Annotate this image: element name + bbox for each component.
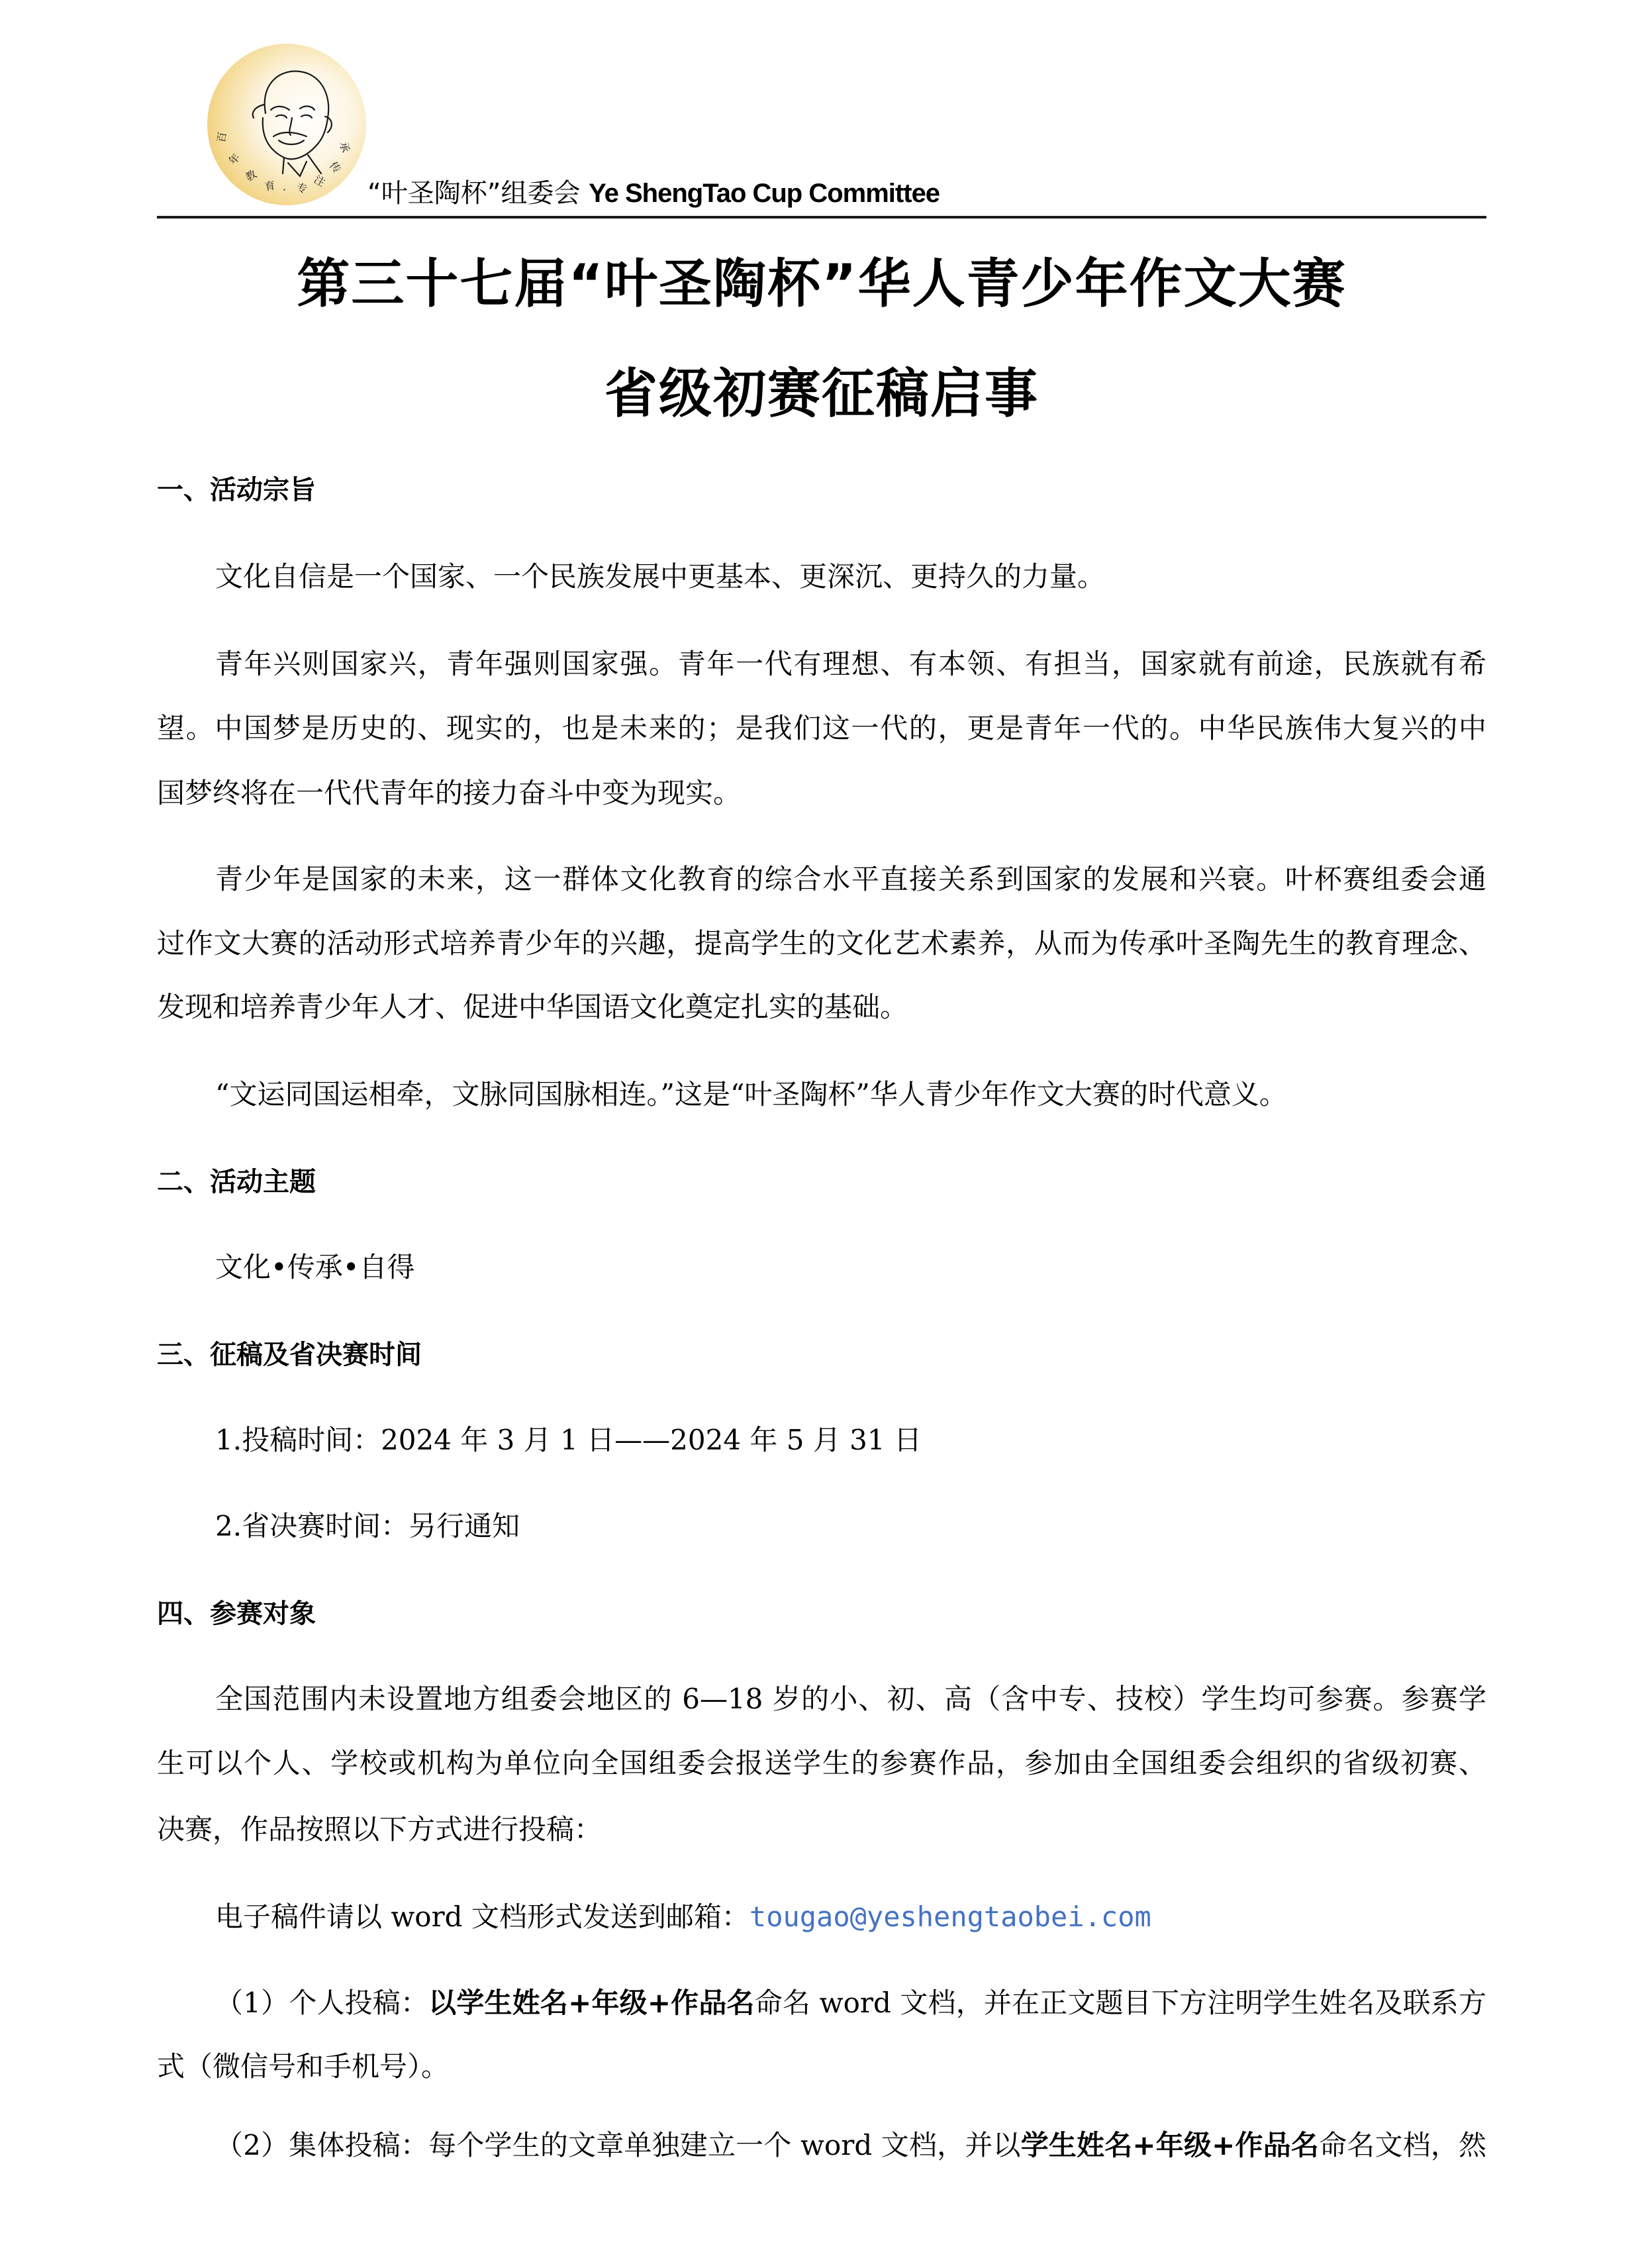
email-instruction: 电子稿件请以 word 文档形式发送到邮箱：tougao@yeshengtaob… bbox=[157, 1900, 1486, 1934]
svg-text:传: 传 bbox=[327, 159, 344, 175]
item1-prefix: （1）个人投稿： bbox=[215, 1987, 428, 2019]
svg-text:教: 教 bbox=[244, 168, 259, 183]
submission-period: 1.投稿时间：2024 年 3 月 1 日——2024 年 5 月 31 日 bbox=[157, 1423, 1486, 1457]
paragraph-line: 青少年是国家的未来，这一群体文化教育的综合水平直接关系到国家的发展和兴衰。叶杯赛… bbox=[157, 862, 1486, 897]
svg-text:注: 注 bbox=[312, 173, 327, 189]
svg-text:承: 承 bbox=[337, 140, 352, 154]
individual-submission-line: （1）个人投稿：以学生姓名+年级+作品名命名 word 文档，并在正文题目下方注… bbox=[157, 1986, 1486, 2020]
paragraph-line: “文运同国运相牵，文脉同国脉相连。”这是“叶圣陶杯”华人青少年作文大赛的时代意义… bbox=[157, 1077, 1486, 1112]
section-heading-eligibility: 四、参赛对象 bbox=[157, 1597, 316, 1630]
section-heading-theme: 二、活动主题 bbox=[157, 1165, 316, 1199]
svg-text:年: 年 bbox=[226, 151, 243, 167]
paragraph-line: 式（微信号和手机号）。 bbox=[157, 2049, 1486, 2084]
svg-text:专: 专 bbox=[295, 181, 309, 195]
svg-text:育: 育 bbox=[264, 179, 277, 193]
portrait-icon: 百 年 教 育 · 专 注 传 承 bbox=[207, 44, 366, 205]
submission-email-link[interactable]: tougao@yeshengtaobei.com bbox=[749, 1900, 1151, 1933]
committee-logo: 百 年 教 育 · 专 注 传 承 bbox=[207, 44, 366, 205]
item2-prefix: （2）集体投稿：每个学生的文章单独建立一个 word 文档，并以 bbox=[215, 2129, 1021, 2161]
svg-text:百: 百 bbox=[215, 131, 228, 144]
paragraph-line: 生可以个人、学校或机构为单位向全国组委会报送学生的参赛作品，参加由全国组委会组织… bbox=[157, 1746, 1486, 1781]
paragraph-line: 望。中国梦是历史的、现实的，也是未来的；是我们这一代的，更是青年一代的。中华民族… bbox=[157, 711, 1486, 746]
header-divider bbox=[157, 216, 1486, 219]
svg-text:·: · bbox=[283, 183, 286, 196]
paragraph-line: 青年兴则国家兴，青年强则国家强。青年一代有理想、有本领、有担当，国家就有前途，民… bbox=[157, 647, 1486, 681]
committee-name: “叶圣陶杯”组委会 Ye ShengTao Cup Committee bbox=[367, 177, 940, 209]
paragraph-line: 过作文大赛的活动形式培养青少年的兴趣，提高学生的文化艺术素养，从而为传承叶圣陶先… bbox=[157, 926, 1486, 961]
document-title: 第三十七届“叶圣陶杯”华人青少年作文大赛 bbox=[157, 254, 1486, 314]
final-date: 2.省决赛时间：另行通知 bbox=[157, 1509, 1486, 1544]
paragraph-line: 文化自信是一个国家、一个民族发展中更基本、更深沉、更持久的力量。 bbox=[157, 560, 1486, 594]
email-instruction-label: 电子稿件请以 word 文档形式发送到邮箱： bbox=[215, 1900, 749, 1933]
section-heading-schedule: 三、征稿及省决赛时间 bbox=[157, 1338, 422, 1371]
paragraph-line: 决赛，作品按照以下方式进行投稿： bbox=[157, 1812, 1486, 1847]
paragraph-line: 国梦终将在一代代青年的接力奋斗中变为现实。 bbox=[157, 776, 1486, 811]
item1-filename-format: 以学生姓名+年级+作品名 bbox=[428, 1987, 755, 2019]
committee-name-cn: “叶圣陶杯”组委会 bbox=[367, 178, 580, 209]
paragraph-line: 全国范围内未设置地方组委会地区的 6—18 岁的小、初、高（含中专、技校）学生均… bbox=[157, 1682, 1486, 1716]
section-heading-purpose: 一、活动宗旨 bbox=[157, 473, 316, 507]
committee-name-en: Ye ShengTao Cup Committee bbox=[589, 179, 940, 208]
group-submission-line: （2）集体投稿：每个学生的文章单独建立一个 word 文档，并以学生姓名+年级+… bbox=[157, 2128, 1486, 2163]
document-subtitle: 省级初赛征稿启事 bbox=[157, 364, 1486, 424]
item2-suffix: 命名文档，然 bbox=[1319, 2129, 1486, 2161]
item2-filename-format: 学生姓名+年级+作品名 bbox=[1021, 2129, 1319, 2161]
theme-text: 文化•传承•自得 bbox=[157, 1250, 1486, 1285]
item1-suffix: 命名 word 文档，并在正文题目下方注明学生姓名及联系方 bbox=[755, 1987, 1486, 2019]
paragraph-line: 发现和培养青少年人才、促进中华国语文化奠定扎实的基础。 bbox=[157, 990, 1486, 1024]
